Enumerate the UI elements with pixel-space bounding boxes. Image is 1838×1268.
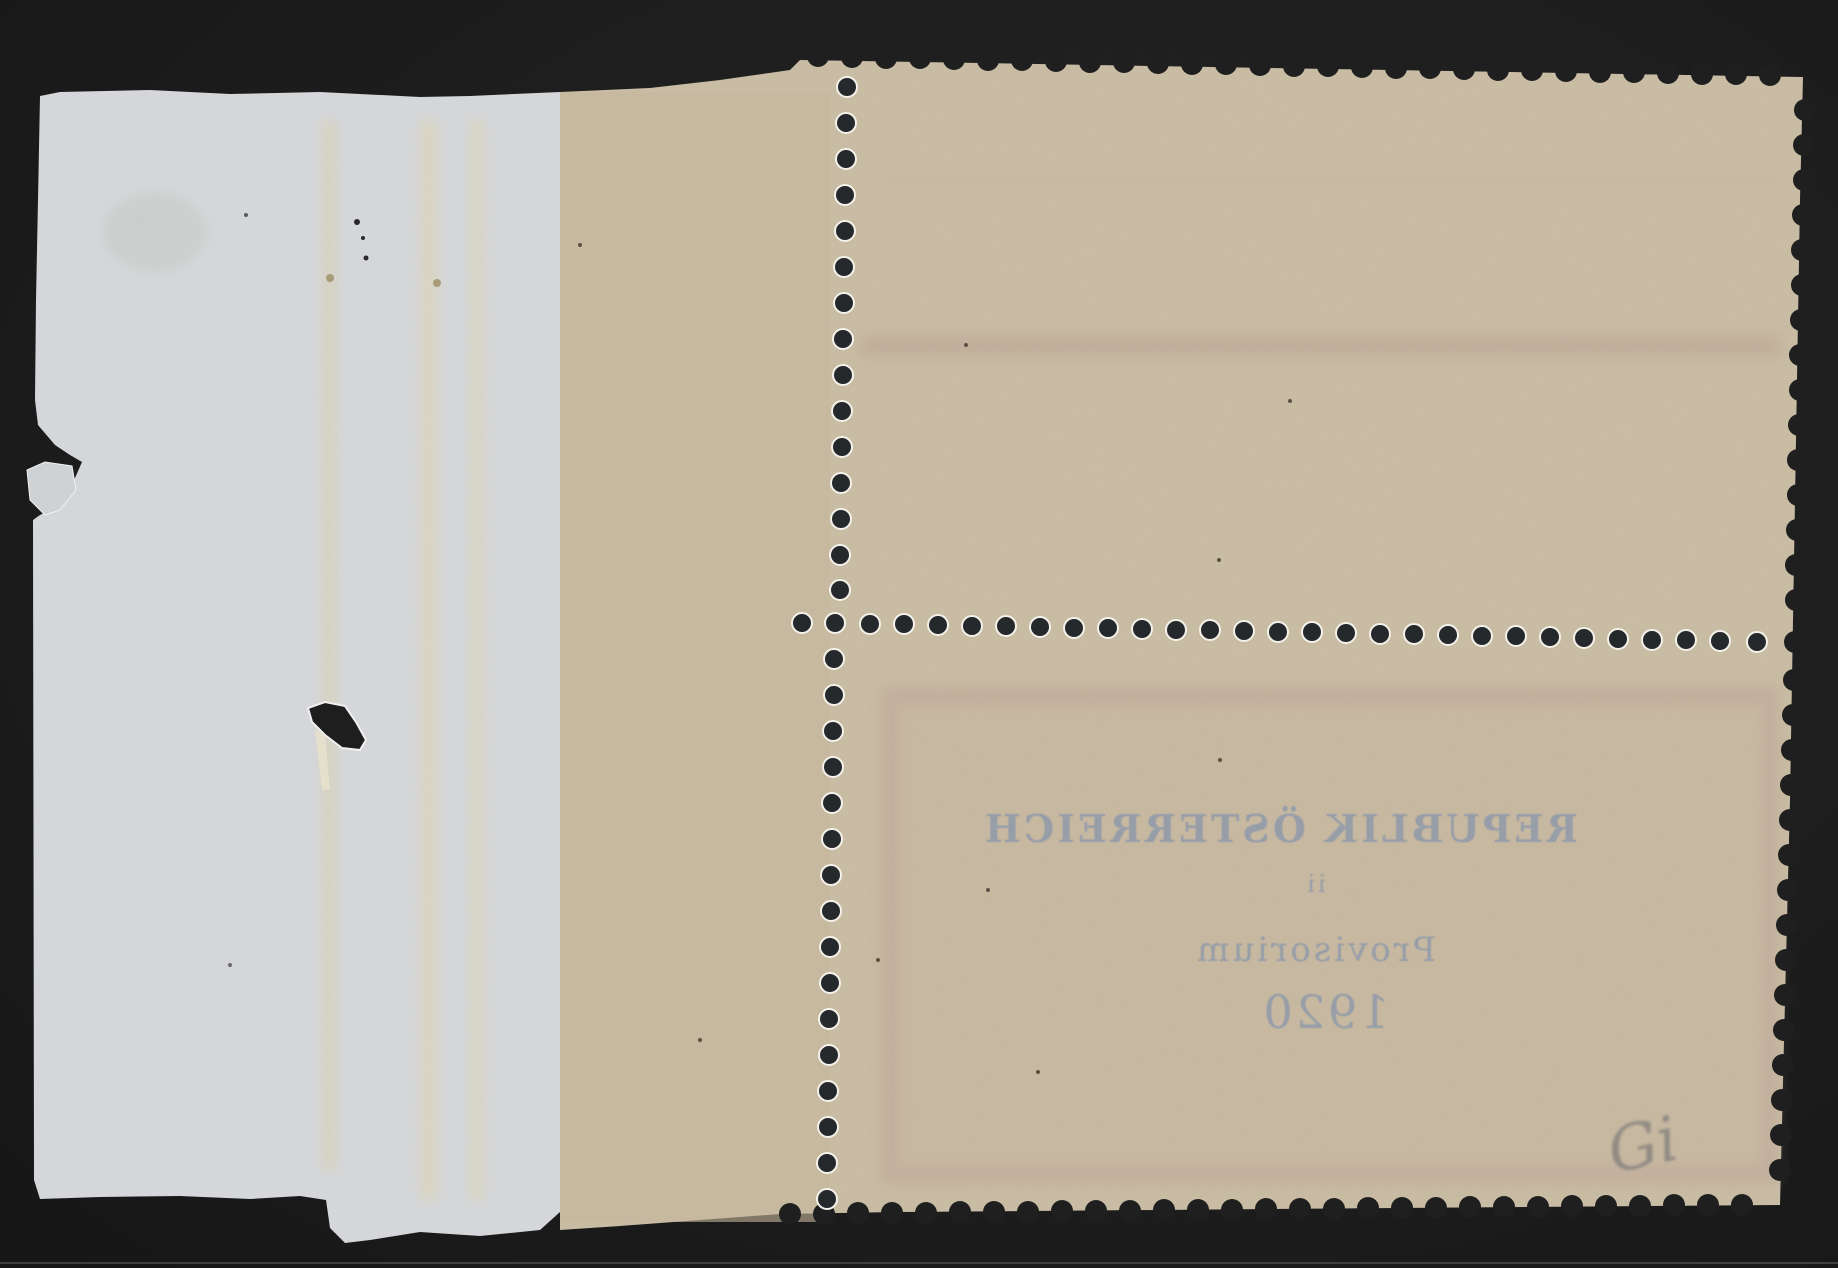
overprint-line-1: REPUBLIK ÖSTERREICH [965,806,1595,851]
pencil-expert-mark: Gi [1601,1102,1684,1188]
overprint-line-2: ii [1270,870,1360,898]
stamp-pair-paper [0,0,1838,1268]
overprint-date: 1920 [1235,985,1415,1039]
gutter-tone [560,92,830,1222]
scanner-edge [0,1262,1838,1264]
stamp-scan: REPUBLIK ÖSTERREICH ii Provisorium 1920 … [0,0,1838,1268]
overprint-line-3: Provisorium [1175,930,1455,970]
